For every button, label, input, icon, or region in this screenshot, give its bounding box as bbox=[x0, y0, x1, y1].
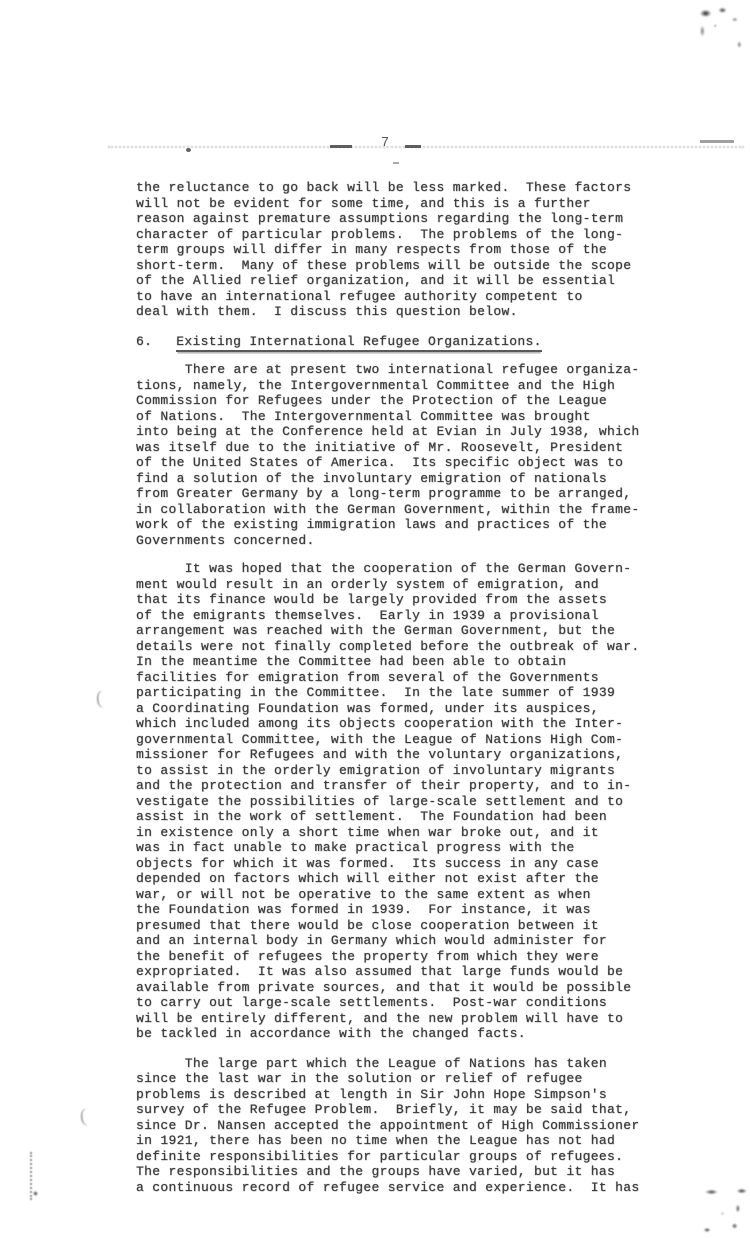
paragraph-1: the reluctance to go back will be less m… bbox=[136, 180, 651, 320]
ink-smudge-bottom-left bbox=[30, 1152, 48, 1200]
body-text: the reluctance to go back will be less m… bbox=[136, 180, 651, 1202]
crease-dot bbox=[186, 148, 191, 152]
crease-dash bbox=[330, 145, 352, 148]
section-heading: 6.Existing International Refugee Organiz… bbox=[136, 334, 651, 350]
ink-smudge-top-right bbox=[690, 4, 746, 56]
ink-smudge-bottom-right bbox=[695, 1186, 750, 1236]
page-number: 7 bbox=[381, 136, 390, 151]
paragraph-3: It was hoped that the cooperation of the… bbox=[136, 561, 651, 1042]
paragraph-4: The large part which the League of Natio… bbox=[136, 1056, 651, 1196]
section-number: 6. bbox=[136, 334, 152, 349]
crease-dash bbox=[700, 140, 734, 143]
scanned-page: 7 ( ( the reluctance to go back will be … bbox=[0, 0, 750, 1238]
section-title: Existing International Refugee Organizat… bbox=[176, 334, 541, 352]
paragraph-2: There are at present two international r… bbox=[136, 362, 651, 548]
crease-line bbox=[108, 146, 744, 148]
pen-mark-left-lower: ( bbox=[79, 1106, 88, 1129]
crease-dash bbox=[405, 145, 421, 148]
pen-mark-left-upper: ( bbox=[95, 688, 103, 710]
crease-dash bbox=[393, 162, 399, 164]
